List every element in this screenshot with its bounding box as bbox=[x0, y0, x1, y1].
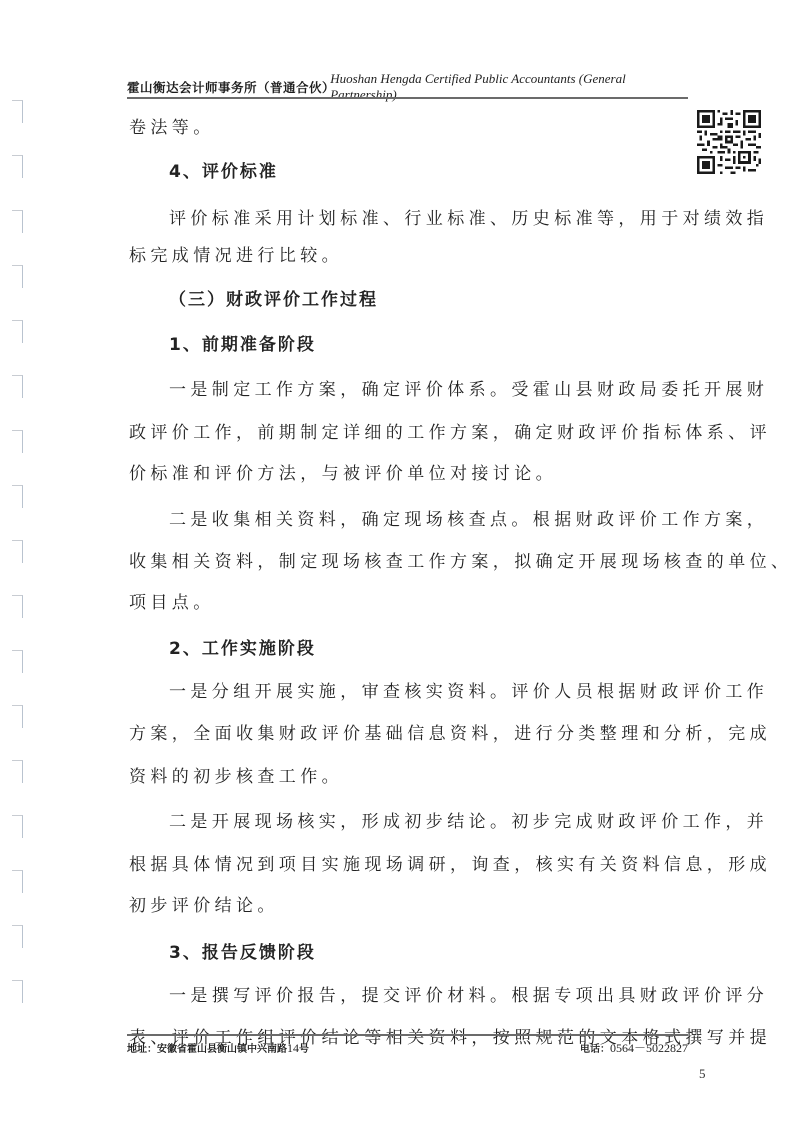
binding-mark bbox=[12, 100, 23, 123]
header-rule bbox=[127, 97, 688, 99]
page-number: 5 bbox=[699, 1066, 706, 1082]
binding-mark bbox=[12, 815, 23, 838]
section-heading: 4、评价标准 bbox=[169, 157, 278, 182]
body-text-line: 一是撰写评价报告，提交评价材料。根据专项出具财政评价评分 bbox=[169, 981, 768, 1006]
phone-label: 电话： bbox=[580, 1044, 610, 1055]
binding-mark bbox=[12, 650, 23, 673]
binding-mark bbox=[12, 705, 23, 728]
body-text-line: 二是开展现场核实，形成初步结论。初步完成财政评价工作，并 bbox=[169, 807, 768, 832]
binding-mark bbox=[12, 320, 23, 343]
binding-marks bbox=[12, 100, 26, 1050]
phone-number: 0564－5022827 bbox=[610, 1041, 688, 1055]
body-text-line: 政评价工作，前期制定详细的工作方案，确定财政评价指标体系、评 bbox=[129, 418, 771, 443]
footer-phone: 电话：0564－5022827 bbox=[580, 1039, 688, 1056]
binding-mark bbox=[12, 925, 23, 948]
binding-mark bbox=[12, 375, 23, 398]
firm-name-cn: 霍山衡达会计师事务所（普通合伙） bbox=[127, 78, 330, 96]
binding-mark bbox=[12, 540, 23, 563]
body-text-line: 卷法等。 bbox=[129, 113, 215, 138]
body-text-line: 项目点。 bbox=[129, 588, 215, 613]
address-suffix: 号 bbox=[299, 1044, 309, 1055]
address-label: 地址： bbox=[127, 1044, 157, 1055]
body-text-line: 价标准和评价方法，与被评价单位对接讨论。 bbox=[129, 459, 557, 484]
binding-mark bbox=[12, 870, 23, 893]
binding-mark bbox=[12, 485, 23, 508]
section-heading: 3、报告反馈阶段 bbox=[169, 938, 316, 963]
binding-mark bbox=[12, 265, 23, 288]
binding-mark bbox=[12, 980, 23, 1003]
address-text: 安徽省霍山县衡山镇中兴南路 bbox=[157, 1044, 287, 1055]
footer-address: 地址：安徽省霍山县衡山镇中兴南路14号 bbox=[127, 1040, 309, 1056]
qr-code-icon bbox=[697, 110, 761, 174]
body-text-line: 初步评价结论。 bbox=[129, 891, 279, 916]
body-text-line: 根据具体情况到项目实施现场调研，询查，核实有关资料信息，形成 bbox=[129, 850, 771, 875]
page-footer: 地址：安徽省霍山县衡山镇中兴南路14号 电话：0564－5022827 bbox=[127, 1039, 688, 1056]
body-text-line: 评价标准采用计划标准、行业标准、历史标准等，用于对绩效指 bbox=[169, 204, 768, 229]
address-number: 14 bbox=[287, 1041, 299, 1055]
section-heading: 1、前期准备阶段 bbox=[169, 330, 316, 355]
body-text-line: 标完成情况进行比较。 bbox=[129, 241, 343, 266]
body-text-line: 方案，全面收集财政评价基础信息资料，进行分类整理和分析，完成 bbox=[129, 719, 771, 744]
binding-mark bbox=[12, 155, 23, 178]
body-text-line: 一是制定工作方案，确定评价体系。受霍山县财政局委托开展财 bbox=[169, 375, 768, 400]
binding-mark bbox=[12, 430, 23, 453]
section-heading: 2、工作实施阶段 bbox=[169, 634, 316, 659]
binding-mark bbox=[12, 760, 23, 783]
body-text-line: 一是分组开展实施，审查核实资料。评价人员根据财政评价工作 bbox=[169, 677, 768, 702]
body-text-line: 收集相关资料，制定现场核查工作方案，拟确定开展现场核查的单位、 bbox=[129, 547, 792, 572]
footer-rule bbox=[127, 1034, 688, 1036]
section-heading: （三）财政评价工作过程 bbox=[169, 285, 378, 310]
body-text-line: 二是收集相关资料，确定现场核查点。根据财政评价工作方案， bbox=[169, 505, 768, 530]
binding-mark bbox=[12, 210, 23, 233]
body-text-line: 资料的初步核查工作。 bbox=[129, 762, 343, 787]
binding-mark bbox=[12, 595, 23, 618]
